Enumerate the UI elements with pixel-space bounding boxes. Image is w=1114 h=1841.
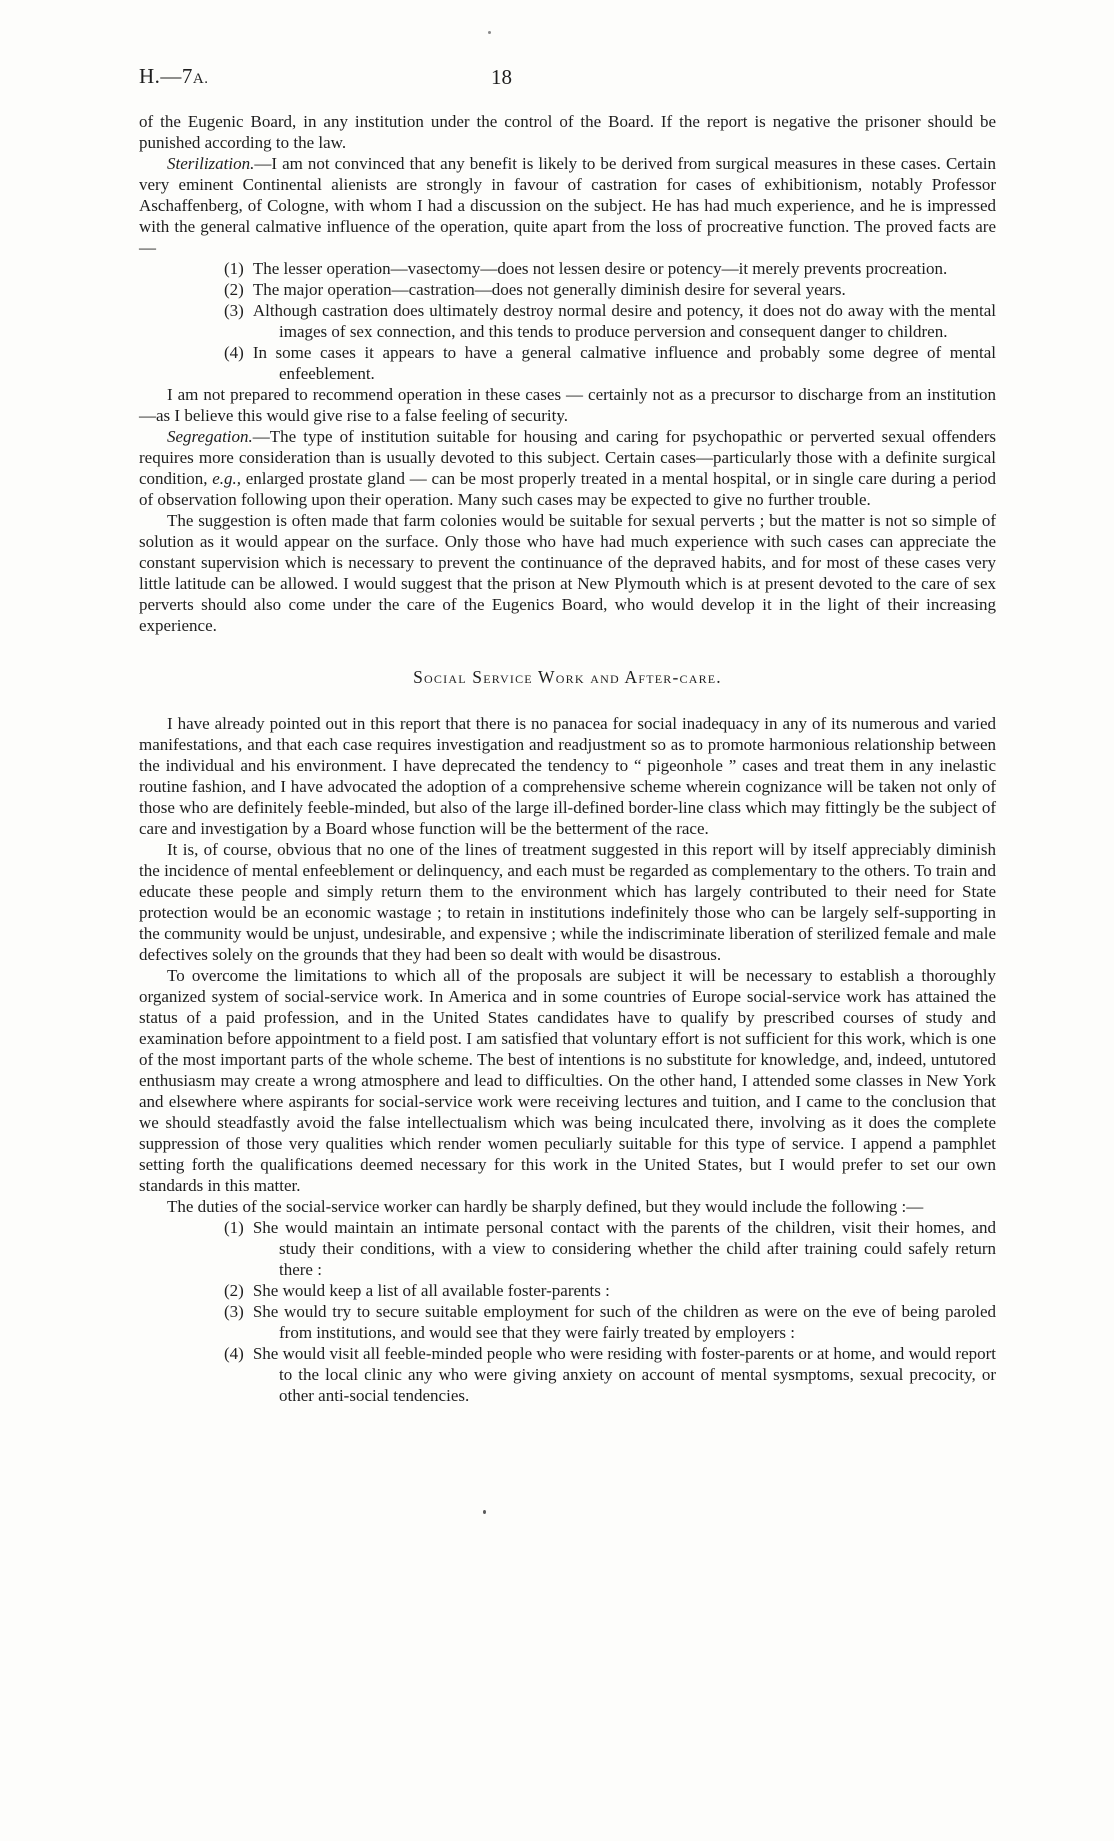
paragraph-segregation: Segregation.—The type of institution sui… [139, 426, 996, 510]
paragraph-farm-colonies: The suggestion is often made that farm c… [139, 510, 996, 636]
page-header: H.—7A. 18 [139, 64, 996, 94]
page-number: 18 [491, 65, 512, 90]
item-text: She would maintain an intimate personal … [253, 1218, 996, 1279]
paragraph-no-panacea: I have already pointed out in this repor… [139, 713, 996, 839]
list-item-proved-fact-1: (1)The lesser operation—vasectomy—does n… [139, 258, 996, 279]
paragraph-not-prepared: I am not prepared to recommend operation… [139, 384, 996, 426]
paragraph-eugenic-board: of the Eugenic Board, in any institution… [139, 111, 996, 153]
paragraph-duties: The duties of the social-service worker … [139, 1196, 996, 1217]
item-text: She would try to secure suitable employm… [253, 1302, 996, 1342]
italic-eg: e.g., [212, 469, 241, 488]
item-number: (1) [224, 1218, 253, 1237]
text-block: H.—7A. 18 of the Eugenic Board, in any i… [139, 64, 996, 1406]
item-number: (2) [224, 280, 253, 299]
item-text: Although castration does ultimately dest… [253, 301, 996, 341]
scan-artifact-dot-bottom [483, 1510, 486, 1514]
item-number: (3) [224, 1302, 253, 1321]
paragraph-sterilization: Sterilization.—I am not convinced that a… [139, 153, 996, 258]
document-reference: H.—7A. [139, 64, 209, 89]
item-number: (3) [224, 301, 253, 320]
list-item-proved-fact-2: (2)The major operation—castration—does n… [139, 279, 996, 300]
item-text: She would keep a list of all available f… [253, 1281, 610, 1300]
list-item-duty-2: (2)She would keep a list of all availabl… [139, 1280, 996, 1301]
list-item-duty-3: (3)She would try to secure suitable empl… [139, 1301, 996, 1343]
list-item-proved-fact-3: (3)Although castration does ultimately d… [139, 300, 996, 342]
paragraph-lines-of-treatment: It is, of course, obvious that no one of… [139, 839, 996, 965]
section-heading-social-service: Social Service Work and After-care. [139, 667, 996, 688]
item-number: (1) [224, 259, 253, 278]
paragraph-sterilization-text: —I am not convinced that any benefit is … [139, 154, 996, 257]
scan-artifact-dot-top [488, 31, 491, 34]
item-text: The major operation—castration—does not … [253, 280, 846, 299]
document-reference-main: H.—7 [139, 64, 193, 88]
italic-lead-segregation: Segregation. [167, 427, 253, 446]
document-reference-smallcap: A. [193, 71, 209, 87]
paragraph-segregation-text-b: enlarged prostate gland — can be most pr… [139, 469, 996, 509]
item-text: The lesser operation—vasectomy—does not … [253, 259, 947, 278]
list-item-duty-1: (1)She would maintain an intimate person… [139, 1217, 996, 1280]
item-number: (2) [224, 1281, 253, 1300]
item-number: (4) [224, 343, 253, 362]
italic-lead-sterilization: Sterilization. [167, 154, 254, 173]
list-item-duty-4: (4)She would visit all feeble-minded peo… [139, 1343, 996, 1406]
item-number: (4) [224, 1344, 253, 1363]
list-social-service-duties: (1)She would maintain an intimate person… [139, 1217, 996, 1406]
document-body: of the Eugenic Board, in any institution… [139, 111, 996, 1406]
list-proved-facts: (1)The lesser operation—vasectomy—does n… [139, 258, 996, 384]
document-page: H.—7A. 18 of the Eugenic Board, in any i… [0, 0, 1114, 1841]
item-text: She would visit all feeble-minded people… [253, 1344, 996, 1405]
item-text: In some cases it appears to have a gener… [253, 343, 996, 383]
list-item-proved-fact-4: (4)In some cases it appears to have a ge… [139, 342, 996, 384]
paragraph-overcome-limitations: To overcome the limitations to which all… [139, 965, 996, 1196]
